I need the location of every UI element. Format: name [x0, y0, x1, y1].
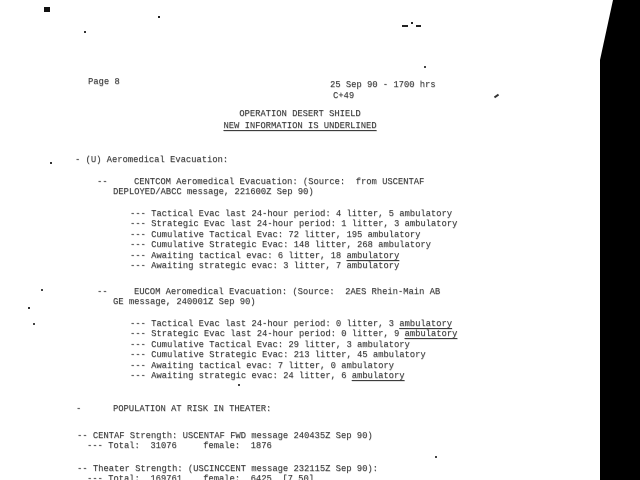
scan-artifact [33, 323, 35, 325]
doc-line-centcom-source: -- CENTCOM Aeromedical Evacuation: (Sour… [97, 177, 424, 188]
doc-line-theater-total: --- Total: 169761 female: 6425 [7 50] [87, 474, 314, 480]
doc-line-centcom-awaiting-strategic: --- Awaiting strategic evac: 3 litter, 7… [130, 261, 399, 272]
scan-artifact [494, 94, 499, 99]
doc-line-eucom-strategic-24hr: --- Strategic Evac last 24-hour period: … [130, 329, 457, 340]
doc-line-eucom-cumulative-strategic: --- Cumulative Strategic Evac: 213 litte… [130, 350, 426, 361]
page-number-label: Page 8 [88, 77, 120, 88]
doc-line-centcom-tactical-24hr: --- Tactical Evac last 24-hour period: 4… [130, 209, 452, 220]
doc-line-centaf-total: --- Total: 31076 female: 1876 [87, 441, 272, 452]
doc-line-centcom-source-cont: DEPLOYED/ABCC message, 221600Z Sep 90) [113, 187, 314, 198]
scan-artifact [41, 289, 43, 291]
doc-line-eucom-tactical-24hr: --- Tactical Evac last 24-hour period: 0… [130, 319, 452, 330]
doc-line-eucom-source-cont: GE message, 240001Z Sep 90) [113, 297, 256, 308]
doc-line-centcom-strategic-24hr: --- Strategic Evac last 24-hour period: … [130, 219, 457, 230]
doc-line-eucom-awaiting-tactical: --- Awaiting tactical evac: 7 litter, 0 … [130, 361, 394, 372]
doc-line-theater-strength: -- Theater Strength: (USCINCCENT message… [77, 464, 378, 475]
scan-edge-black-bar [600, 0, 640, 480]
scan-artifact [158, 16, 160, 18]
doc-line-centcom-awaiting-tactical: --- Awaiting tactical evac: 6 litter, 18… [130, 251, 399, 262]
scan-artifact [238, 384, 240, 386]
doc-line-eucom-source: -- EUCOM Aeromedical Evacuation: (Source… [97, 287, 440, 298]
c-day-counter: C+49 [333, 91, 354, 102]
report-title: OPERATION DESERT SHIELD [0, 109, 600, 120]
scan-artifact [84, 31, 86, 33]
scan-artifact [416, 25, 421, 27]
doc-line-eucom-awaiting-strategic: --- Awaiting strategic evac: 24 litter, … [130, 371, 405, 382]
scan-artifact [44, 7, 50, 12]
scan-artifact [402, 25, 408, 27]
doc-line-eucom-cumulative-tactical: --- Cumulative Tactical Evac: 29 litter,… [130, 340, 410, 351]
scanned-document-page: Page 8 25 Sep 90 - 1700 hrs C+49 OPERATI… [0, 0, 640, 480]
scan-artifact [424, 66, 426, 68]
report-subtitle: NEW INFORMATION IS UNDERLINED [0, 121, 600, 132]
scan-artifact [411, 22, 413, 24]
doc-line-centcom-cumulative-strategic: --- Cumulative Strategic Evac: 148 litte… [130, 240, 431, 251]
doc-line-centcom-cumulative-tactical: --- Cumulative Tactical Evac: 72 litter,… [130, 230, 420, 241]
doc-line-population-heading: - POPULATION AT RISK IN THEATER: [76, 404, 271, 415]
scan-artifact [435, 456, 437, 458]
scan-artifact [50, 162, 52, 164]
scan-artifact [28, 307, 30, 309]
doc-line-centaf-strength: -- CENTAF Strength: USCENTAF FWD message… [77, 431, 373, 442]
report-datetime: 25 Sep 90 - 1700 hrs [330, 80, 436, 91]
doc-line-aeromedical-heading: - (U) Aeromedical Evacuation: [75, 155, 228, 166]
